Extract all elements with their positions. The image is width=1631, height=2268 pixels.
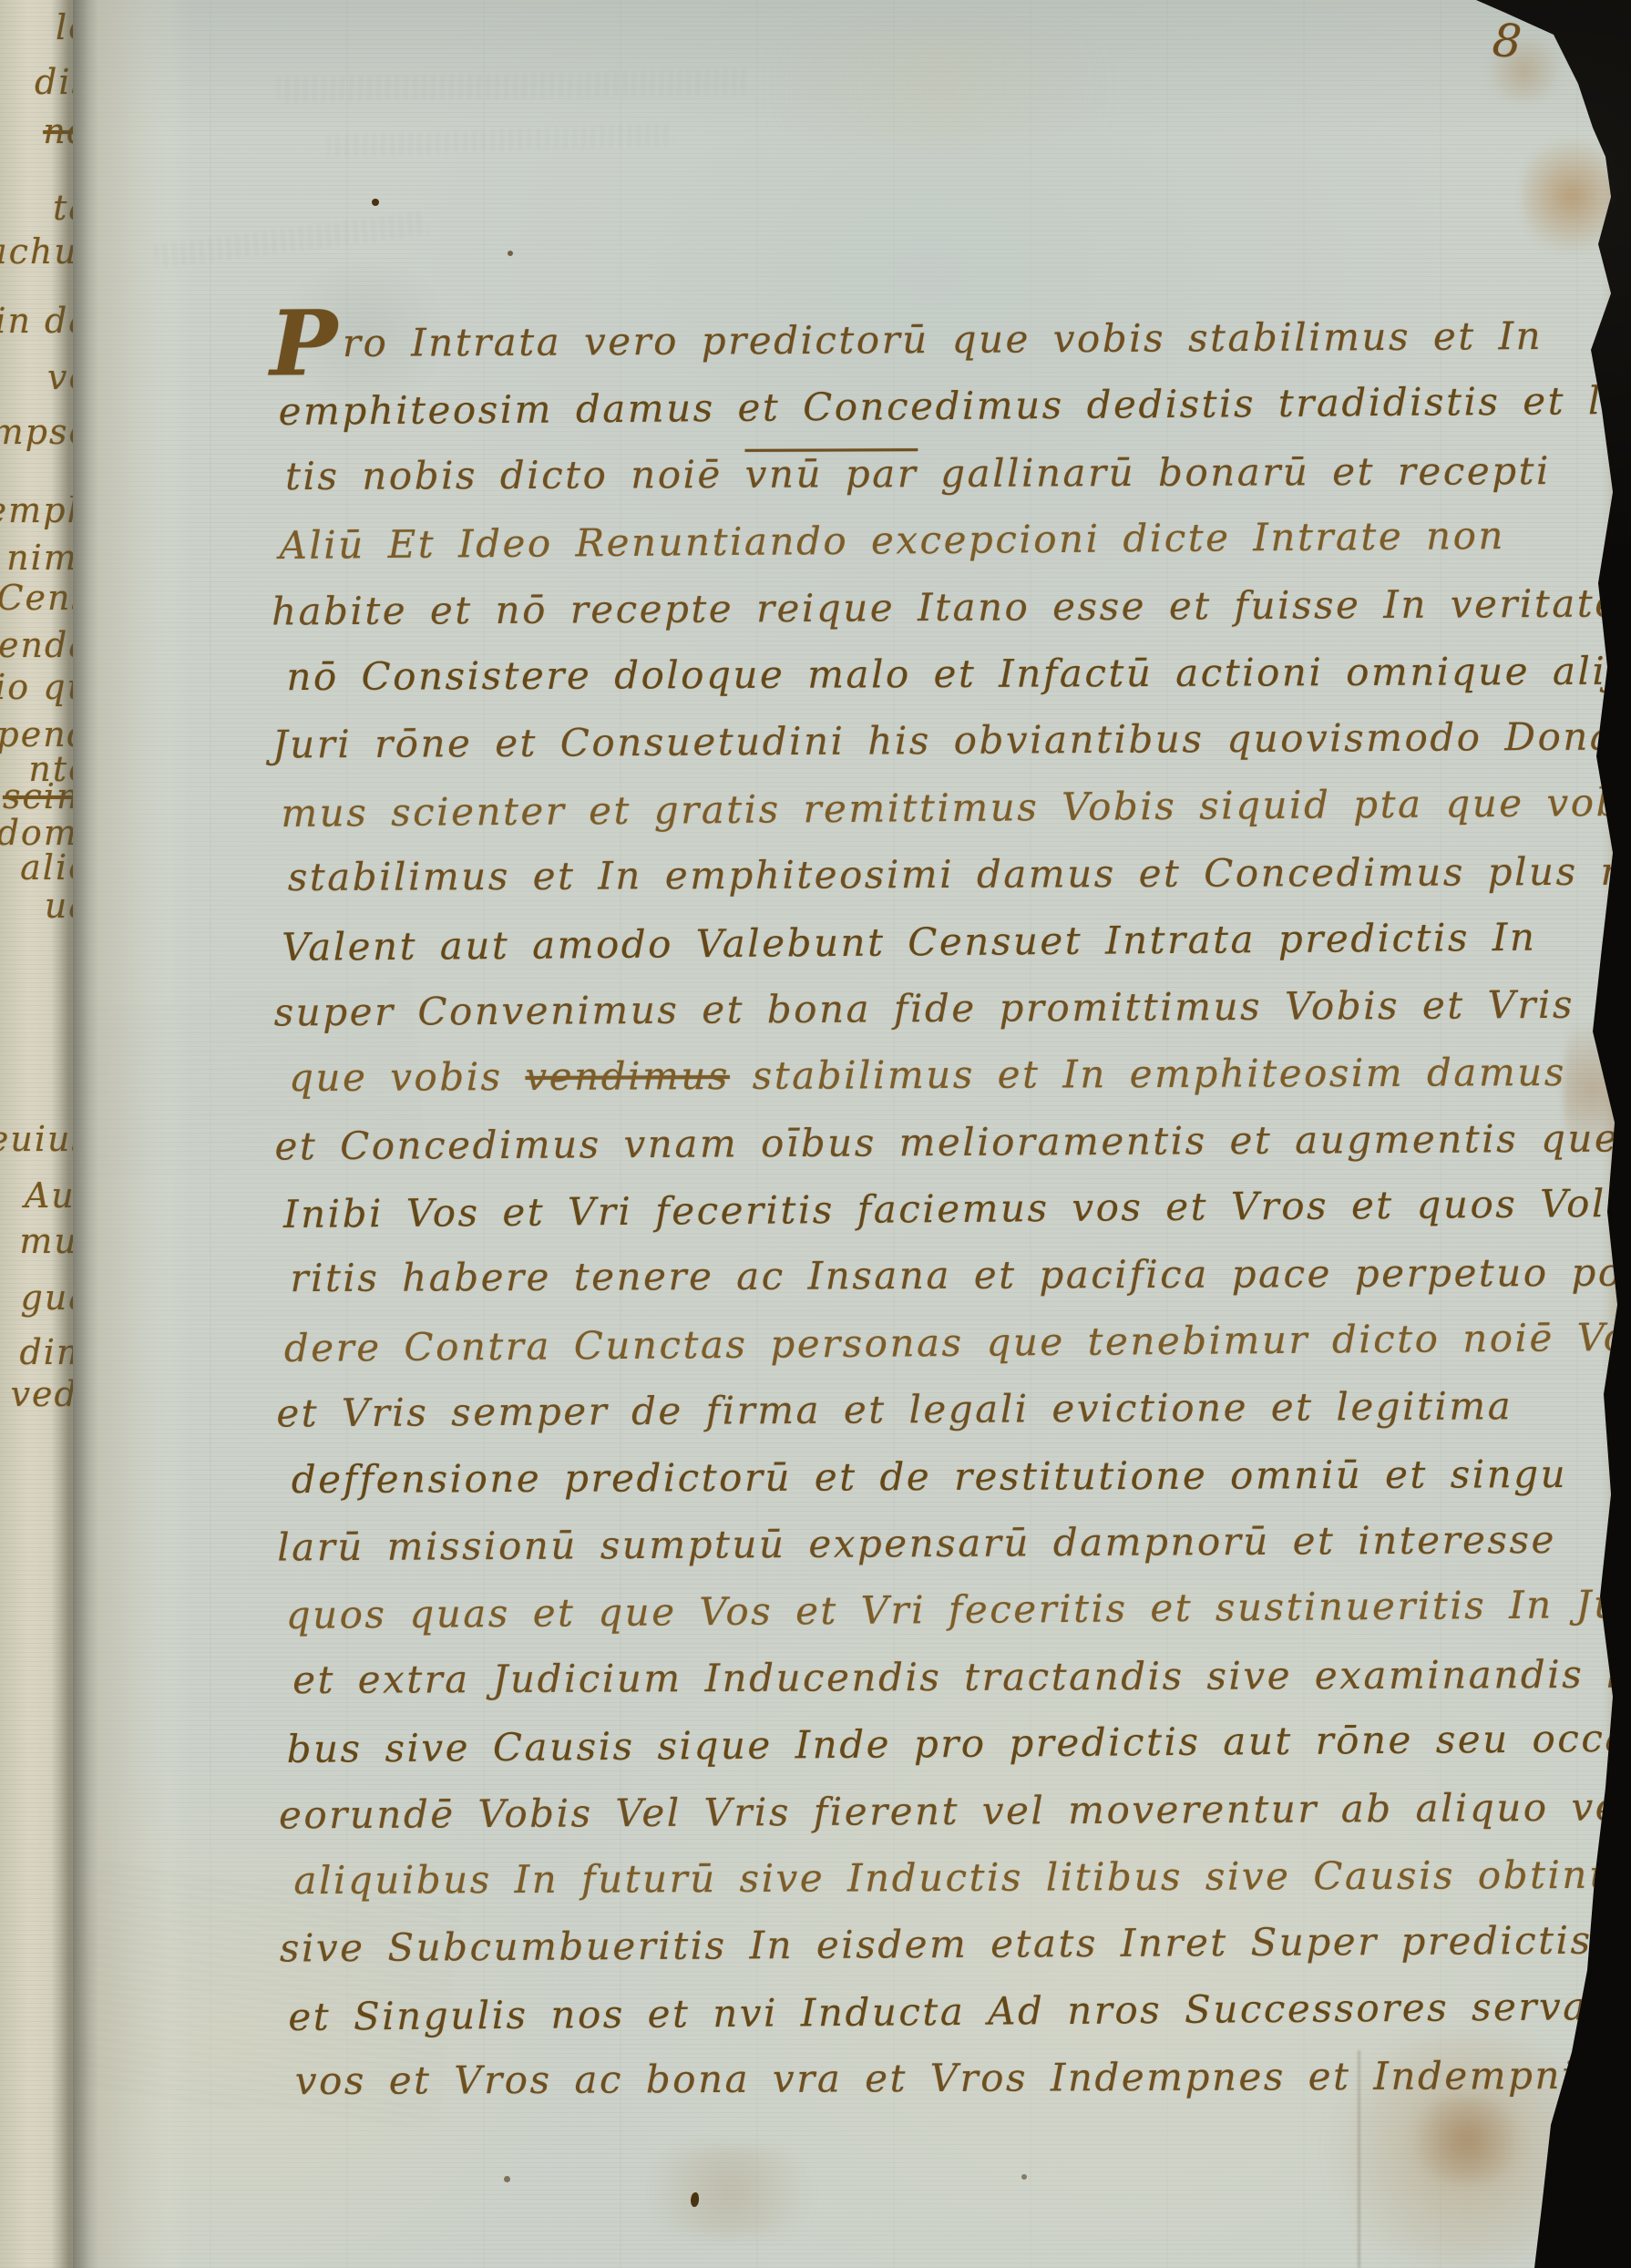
manuscript-line: et Vris semper de firma et legali evicti…: [276, 1372, 1616, 1447]
previous-page-text-fragment: mul: [19, 1221, 77, 1261]
manuscript-text-block: Pro Intrata vero predictorū que vobis st…: [270, 303, 1620, 2116]
previous-page-text-fragment: emph: [0, 490, 77, 530]
paper-stain: [620, 2146, 838, 2237]
bleedthrough-mark: [328, 123, 675, 157]
manuscript-line: Inibi Vos et Vri feceritis faciemus vos …: [283, 1170, 1624, 1247]
previous-page-text-fragment: in da: [0, 301, 77, 341]
manuscript-line: aliquibus In futurū sive Inductis litibu…: [293, 1842, 1631, 1914]
previous-page-text-fragment: nimi: [6, 538, 77, 578]
manuscript-line: quos quas et que Vos et Vri feceritis et…: [285, 1571, 1626, 1648]
previous-page-text-fragment: alio: [20, 847, 77, 888]
manuscript-line: et Singulis nos et nvi Inducta Ad nros S…: [288, 1973, 1628, 2050]
ink-speck: [1021, 2174, 1027, 2180]
previous-page-text-fragment: cenda: [0, 625, 77, 665]
manuscript-line: et Concedimus vnam oībus melioramentis e…: [274, 1104, 1614, 1179]
manuscript-line: Juri rōne et Consuetudini his obviantibu…: [272, 703, 1612, 778]
manuscript-page: 8 Pro Intrata vero predictorū que vobis …: [73, 0, 1631, 2268]
manuscript-line: emphiteosim damus et Concedimus dedistis…: [278, 367, 1618, 445]
manuscript-line: habite et nō recepte reique Itano esse e…: [272, 570, 1611, 644]
previous-page-text-fragment: dim: [19, 1332, 77, 1372]
previous-page-text-fragment: ve: [47, 357, 77, 397]
manuscript-line: larū missionū sumptuū expensarū dampnorū…: [277, 1506, 1616, 1581]
ink-speck: [504, 2176, 510, 2182]
previous-page-text-fragment: gua: [21, 1278, 77, 1318]
previous-page-text-fragment: lio qu: [0, 667, 77, 707]
manuscript-line: stabilimus et In emphiteosimi damus et C…: [288, 838, 1627, 911]
ink-speck: [372, 199, 379, 206]
bleedthrough-mark: [155, 211, 429, 268]
previous-page-text-fragment: achui: [0, 231, 77, 272]
ink-speck: [508, 251, 513, 256]
previous-page-text-fragment: scim: [3, 776, 77, 816]
bleedthrough-mark: [278, 68, 752, 102]
previous-page-text-fragment: dis: [35, 62, 77, 102]
manuscript-line: que vobis vendimus stabilimus et In emph…: [289, 1039, 1628, 1112]
previous-page-text-fragment: mpse: [0, 412, 77, 452]
manuscript-line: Pro Intrata vero predictorū que vobis st…: [270, 303, 1609, 377]
manuscript-line: mus scienter et gratis remittimus Vobis …: [281, 769, 1621, 847]
manuscript-line: Valent aut amodo Valebunt Censuet Intrat…: [282, 902, 1622, 980]
previous-page-text-fragment: ua: [45, 886, 77, 926]
manuscript-line: bus sive Causis sique Inde pro predictis…: [286, 1705, 1626, 1782]
manuscript-line: nō Consistere doloque malo et Infactū ac…: [286, 638, 1626, 711]
manuscript-photo: lodisndtaachuiin davempseemphnimiCenscen…: [0, 0, 1631, 2268]
manuscript-line: et extra Judicium Inducendis tractandis …: [292, 1640, 1631, 1713]
manuscript-line: dere Contra Cunctas personas que tenebim…: [284, 1304, 1625, 1381]
previous-page-text-fragment: Aut: [25, 1175, 77, 1216]
paper-stain: [702, 27, 1175, 146]
previous-page-text-fragment: nd: [43, 111, 77, 151]
manuscript-line: ritis habere tenere ac Insana et pacific…: [290, 1239, 1629, 1312]
manuscript-line: super Convenimus et bona fide promittimu…: [273, 970, 1613, 1045]
previous-page-edge: lodisndtaachuiin davempseemphnimiCenscen…: [0, 0, 77, 2268]
manuscript-line: tis nobis dicto noiē vnū par gallinarū b…: [285, 436, 1625, 509]
manuscript-line: eorundē Vobis Vel Vris fierent vel mover…: [279, 1773, 1618, 1848]
manuscript-line: sive Subcumbueritis In eisdem etats Inre…: [280, 1907, 1619, 1982]
previous-page-text-fragment: euius: [0, 1119, 77, 1159]
ink-speck: [691, 2192, 699, 2207]
previous-page-text-fragment: vedi: [11, 1374, 77, 1414]
manuscript-line: Aliū Et Ideo Renuntiando excepcioni dict…: [279, 501, 1619, 579]
previous-page-text-fragment: Cens: [0, 578, 77, 618]
manuscript-line: vos et Vros ac bona vra et Vros Indempne…: [295, 2042, 1631, 2115]
manuscript-line: deffensione predictorū et de restitution…: [292, 1440, 1631, 1513]
page-number: 8: [1491, 14, 1523, 68]
